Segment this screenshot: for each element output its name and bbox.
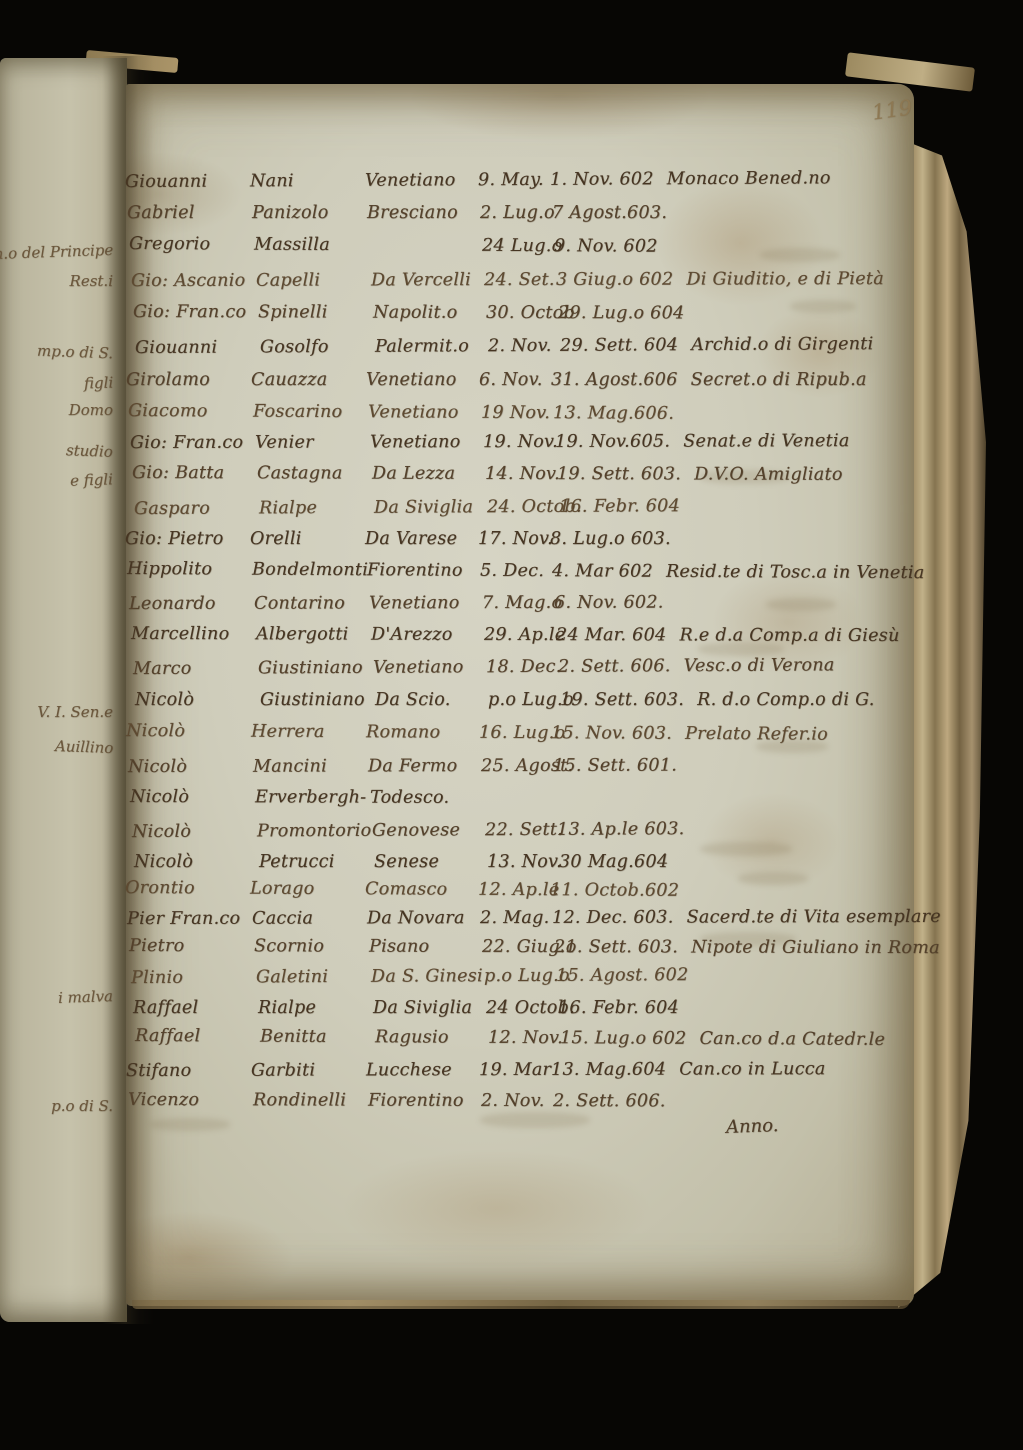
ink-bleed-smudge <box>700 842 792 856</box>
ink-bleed-smudge <box>756 740 828 753</box>
ink-bleed-smudge <box>150 1118 230 1131</box>
facing-page-edge: m.o del PrincipeRest.imp.o di S.figliDom… <box>0 58 127 1322</box>
margin-note-fragment: figli <box>83 373 113 392</box>
ink-bleed-smudge <box>760 248 840 262</box>
margin-note-fragment: i malva <box>58 987 114 1007</box>
margin-note-fragment: Domo <box>69 401 113 419</box>
margin-note-fragment: mp.o di S. <box>37 342 114 363</box>
margin-note-fragment: m.o del Principe <box>0 241 113 263</box>
manuscript-photograph: m.o del PrincipeRest.imp.o di S.figliDom… <box>0 0 1023 1450</box>
ink-bleed-smudge <box>738 872 808 885</box>
ink-bleed-smudge <box>790 300 856 313</box>
margin-note-fragment: Rest.i <box>70 272 113 290</box>
ink-bleed-smudge <box>698 642 784 656</box>
ink-bleed-smudge <box>700 932 796 946</box>
margin-note-fragment: p.o di S. <box>51 1097 113 1115</box>
margin-note-fragment: studio <box>66 441 113 461</box>
margin-note-fragment: Auillino <box>54 737 113 757</box>
ink-bleed-smudge <box>766 598 836 611</box>
margin-note-fragment: V. I. Sen.e <box>37 703 113 721</box>
ink-bleed-smudge <box>480 1112 590 1128</box>
margin-note-fragment: e figli <box>70 470 113 489</box>
ink-bleed-smudge <box>700 470 790 484</box>
